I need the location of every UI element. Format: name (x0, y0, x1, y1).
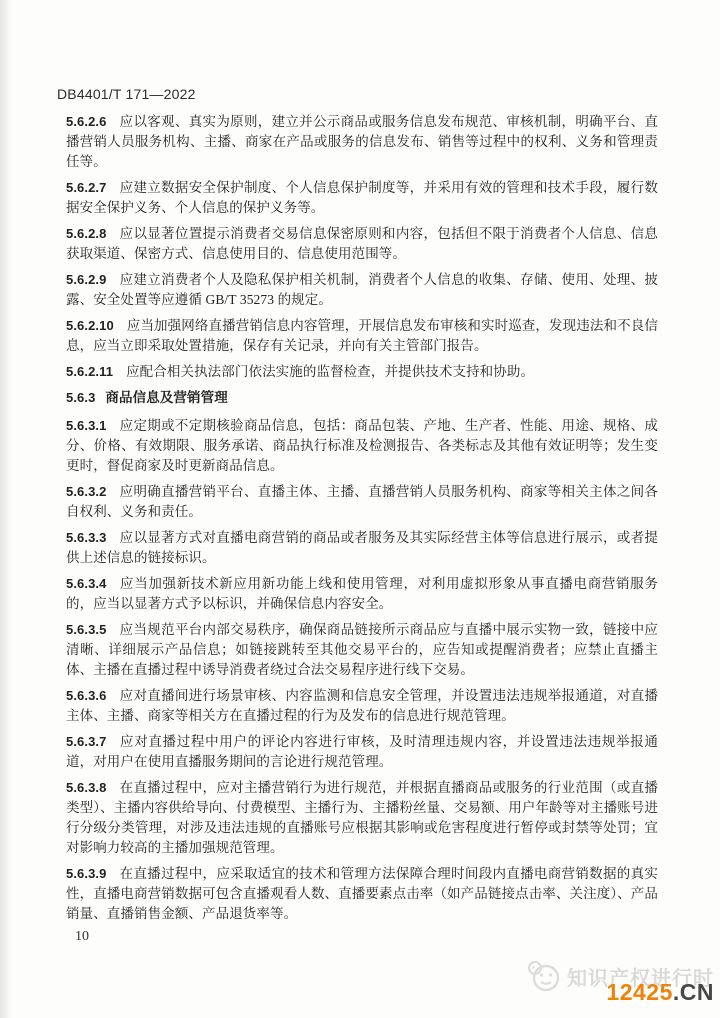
clause-number: 5.6.3.2 (66, 484, 106, 499)
clause-number: 5.6.3.5 (66, 622, 106, 637)
clause-number: 5.6.3.8 (66, 780, 106, 795)
clause-paragraph: 5.6.2.6应以客观、真实为原则，建立并公示商品或服务信息发布规范、审核机制，… (66, 112, 658, 172)
clause-text: 应对直播过程中用户的评论内容进行审核，及时清理违规内容，并设置违法违规举报通道，… (66, 734, 658, 769)
clause-number: 5.6.2.7 (66, 180, 106, 195)
clause-paragraph: 5.6.2.10应当加强网络直播营销信息内容管理，开展信息发布审核和实时巡查，发… (66, 316, 658, 356)
clause-text: 应配合相关执法部门依法实施的监督检查，并提供技术支持和协助。 (126, 364, 534, 379)
clause-paragraph: 5.6.2.7应建立数据安全保护制度、个人信息保护制度等，并采用有效的管理和技术… (66, 178, 658, 218)
clause-text: 应以客观、真实为原则，建立并公示商品或服务信息发布规范、审核机制，明确平台、直播… (66, 114, 658, 169)
clause-text: 应以显著方式对直播电商营销的商品或者服务及其实际经营主体等信息进行展示，或者提供… (66, 530, 658, 565)
scan-edge-shadow (0, 0, 12, 1018)
page-number: 10 (75, 929, 89, 945)
section-heading-title: 商品信息及营销管理 (105, 390, 227, 405)
clause-text: 应建立数据安全保护制度、个人信息保护制度等，并采用有效的管理和技术手段，履行数据… (66, 180, 658, 215)
clause-text: 应当加强新技术新应用新功能上线和使用管理，对利用虚拟形象从事直播电商营销服务的，… (66, 576, 658, 611)
clause-number: 5.6.3.9 (66, 866, 106, 881)
clause-paragraph: 5.6.3.7应对直播过程中用户的评论内容进行审核，及时清理违规内容，并设置违法… (66, 732, 658, 772)
document-body: 5.6.2.6应以客观、真实为原则，建立并公示商品或服务信息发布规范、审核机制，… (66, 112, 658, 930)
clause-number: 5.6.3.7 (66, 734, 106, 749)
section-heading-number: 5.6.3 (66, 390, 95, 405)
clause-number: 5.6.3.3 (66, 530, 106, 545)
clause-number: 5.6.2.8 (66, 226, 106, 241)
clause-paragraph: 5.6.2.8应以显著位置提示消费者交易信息保密原则和内容，包括但不限于消费者个… (66, 224, 658, 264)
clause-paragraph: 5.6.3.9在直播过程中，应采取适宜的技术和管理方法保障合理时间段内直播电商营… (66, 864, 658, 924)
clause-text: 应定期或不定期核验商品信息，包括：商品包装、产地、生产者、性能、用途、规格、成分… (66, 418, 658, 473)
clause-text: 在直播过程中，应采取适宜的技术和管理方法保障合理时间段内直播电商营销数据的真实性… (66, 866, 658, 921)
section-heading: 5.6.3商品信息及营销管理 (66, 388, 658, 408)
clause-text: 应明确直播营销平台、直播主体、主播、直播营销人员服务机构、商家等相关主体之间各自… (66, 484, 658, 519)
clause-number: 5.6.3.6 (66, 688, 106, 703)
clause-paragraph: 5.6.3.1应定期或不定期核验商品信息，包括：商品包装、产地、生产者、性能、用… (66, 416, 658, 476)
clause-number: 5.6.2.6 (66, 114, 106, 129)
document-page: DB4401/T 171—2022 5.6.2.6应以客观、真实为原则，建立并公… (0, 0, 720, 1018)
clause-text: 应建立消费者个人及隐私保护相关机制，消费者个人信息的收集、存储、使用、处理、披露… (66, 272, 658, 307)
clause-number: 5.6.2.10 (66, 318, 114, 333)
clause-text: 应以显著位置提示消费者交易信息保密原则和内容，包括但不限于消费者个人信息、信息获… (66, 226, 658, 261)
clause-paragraph: 5.6.3.3应以显著方式对直播电商营销的商品或者服务及其实际经营主体等信息进行… (66, 528, 658, 568)
clause-paragraph: 5.6.3.6应对直播间进行场景审核、内容监测和信息安全管理，并设置违法违规举报… (66, 686, 658, 726)
clause-paragraph: 5.6.3.2应明确直播营销平台、直播主体、主播、直播营销人员服务机构、商家等相… (66, 482, 658, 522)
clause-paragraph: 5.6.3.5应当规范平台内部交易秩序，确保商品链接所示商品应与直播中展示实物一… (66, 620, 658, 680)
clause-number: 5.6.3.1 (66, 418, 106, 433)
clause-text: 在直播过程中，应对主播营销行为进行规范，并根据直播商品或服务的行业范围（或直播类… (66, 780, 658, 855)
clause-paragraph: 5.6.3.8在直播过程中，应对主播营销行为进行规范，并根据直播商品或服务的行业… (66, 778, 658, 858)
watermark-site-number: 12425 (606, 979, 672, 1005)
clause-text: 应当规范平台内部交易秩序，确保商品链接所示商品应与直播中展示实物一致，链接中应清… (66, 622, 658, 677)
clause-paragraph: 5.6.2.9应建立消费者个人及隐私保护相关机制，消费者个人信息的收集、存储、使… (66, 270, 658, 310)
clause-paragraph: 5.6.2.11应配合相关执法部门依法实施的监督检查，并提供技术支持和协助。 (66, 362, 658, 382)
watermark: 知识产权进行时 12425.CN (524, 960, 714, 1012)
watermark-logo-icon (526, 960, 562, 992)
clause-number: 5.6.2.11 (66, 364, 113, 379)
clause-number: 5.6.3.4 (66, 576, 106, 591)
clause-paragraph: 5.6.3.4应当加强新技术新应用新功能上线和使用管理，对利用虚拟形象从事直播电… (66, 574, 658, 614)
clause-number: 5.6.2.9 (66, 272, 106, 287)
document-header-code: DB4401/T 171—2022 (57, 86, 196, 102)
watermark-site-tld: .CN (673, 979, 714, 1005)
clause-text: 应对直播间进行场景审核、内容监测和信息安全管理，并设置违法违规举报通道，对直播主… (66, 688, 658, 723)
clause-text: 应当加强网络直播营销信息内容管理，开展信息发布审核和实时巡查，发现违法和不良信息… (66, 318, 658, 353)
